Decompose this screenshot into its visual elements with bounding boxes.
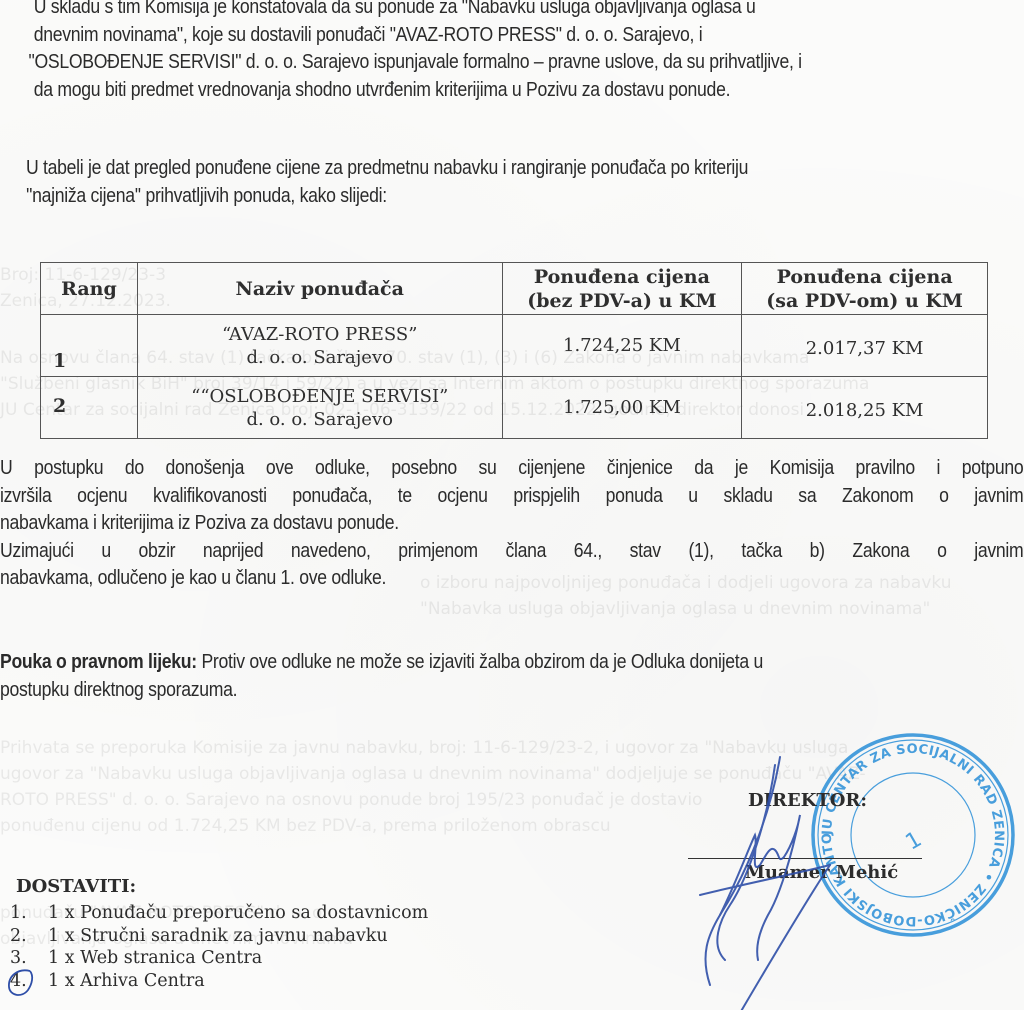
paragraph-legal-remedy: Pouka o pravnom lijeku: Protiv ove odluk… xyxy=(0,648,1024,703)
cell-rank: 2 xyxy=(41,377,138,439)
cell-price-net: 1.725,00 KM xyxy=(502,377,742,439)
handwritten-circle-mark xyxy=(4,966,38,1000)
table-header-row: Rang Naziv ponuđača Ponuđena cijena (bez… xyxy=(41,263,988,315)
cell-bidder: ““OSLOBOĐENJE SERVISI” d. o. o. Sarajevo xyxy=(137,377,502,439)
paragraph-procedure: U postupku do donošenja ove odluke, pose… xyxy=(0,454,1024,592)
cell-price-gross: 2.017,37 KM xyxy=(742,315,988,377)
paragraph-intro: U skladu s tim Komisija je konstatovala … xyxy=(32,0,802,103)
cell-bidder: “AVAZ-ROTO PRESS” d. o. o. Sarajevo xyxy=(137,315,502,377)
table-row: 2 ““OSLOBOĐENJE SERVISI” d. o. o. Saraje… xyxy=(41,377,988,439)
document-page: Broj: 11-6-129/23-3Zenica, 27.12.2023. N… xyxy=(0,0,1024,1010)
table-row: 1 “AVAZ-ROTO PRESS” d. o. o. Sarajevo 1.… xyxy=(41,315,988,377)
header-price-net: Ponuđena cijena (bez PDV-a) u KM xyxy=(502,263,742,315)
offers-table: Rang Naziv ponuđača Ponuđena cijena (bez… xyxy=(40,262,988,439)
header-rank: Rang xyxy=(41,263,138,315)
header-bidder: Naziv ponuđača xyxy=(137,263,502,315)
list-item: 4.1 x Arhiva Centra xyxy=(0,970,428,993)
list-item: 2.1 x Stručni saradnik za javnu nabavku xyxy=(0,925,428,948)
cell-rank: 1 xyxy=(41,315,138,377)
paragraph-table-intro: U tabeli je dat pregled ponuđene cijene … xyxy=(26,154,748,209)
handwritten-signature xyxy=(680,745,880,1010)
header-price-gross: Ponuđena cijena (sa PDV-om) u KM xyxy=(742,263,988,315)
cell-price-net: 1.724,25 KM xyxy=(502,315,742,377)
legal-remedy-label: Pouka o pravnom lijeku: xyxy=(0,650,197,673)
distribution-heading: DOSTAVITI: xyxy=(16,876,136,897)
cell-price-gross: 2.018,25 KM xyxy=(742,377,988,439)
list-item: 1.1 x Ponuđaču preporučeno sa dostavnico… xyxy=(0,902,428,925)
list-item: 3.1 x Web stranica Centra xyxy=(0,947,428,970)
